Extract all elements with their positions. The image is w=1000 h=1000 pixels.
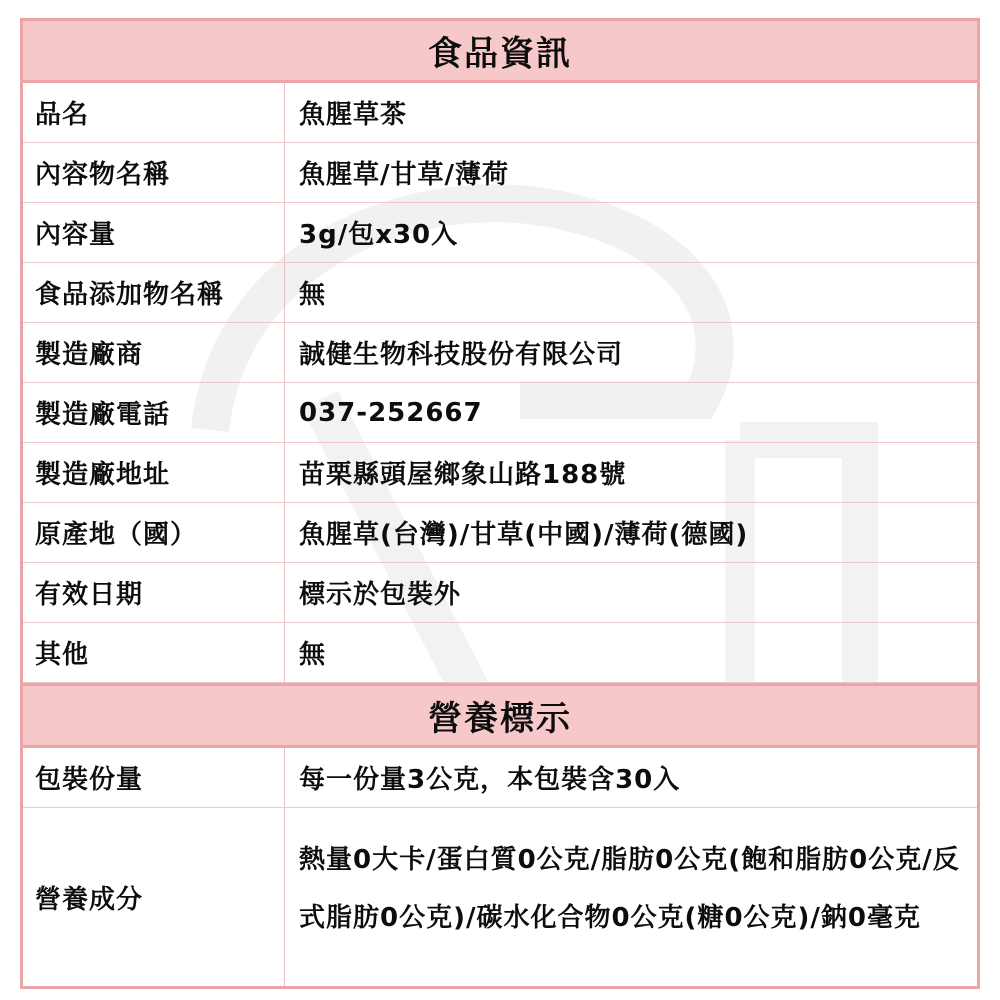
table-row: 品名 魚腥草茶: [23, 83, 977, 143]
row-value: 3g/包x30入: [285, 203, 977, 262]
table-row: 其他 無: [23, 623, 977, 683]
row-label: 內容量: [23, 203, 285, 262]
row-value: 037-252667: [285, 383, 977, 442]
row-value: 標示於包裝外: [285, 563, 977, 622]
row-label: 製造廠商: [23, 323, 285, 382]
nutrition-title: 營養標示: [23, 683, 977, 748]
row-value: 魚腥草(台灣)/甘草(中國)/薄荷(德國): [285, 503, 977, 562]
table-row: 製造廠商 誠健生物科技股份有限公司: [23, 323, 977, 383]
table-row: 包裝份量 每一份量3公克，本包裝含30入: [23, 748, 977, 808]
row-value: 魚腥草茶: [285, 83, 977, 142]
row-label: 內容物名稱: [23, 143, 285, 202]
row-label: 製造廠電話: [23, 383, 285, 442]
table-row: 原產地（國） 魚腥草(台灣)/甘草(中國)/薄荷(德國): [23, 503, 977, 563]
table-row: 營養成分 熱量0大卡/蛋白質0公克/脂肪0公克(飽和脂肪0公克/反式脂肪0公克)…: [23, 808, 977, 986]
row-value: 誠健生物科技股份有限公司: [285, 323, 977, 382]
row-value: 魚腥草/甘草/薄荷: [285, 143, 977, 202]
row-label: 品名: [23, 83, 285, 142]
table-row: 製造廠電話 037-252667: [23, 383, 977, 443]
row-value: 苗栗縣頭屋鄉象山路188號: [285, 443, 977, 502]
row-label: 有效日期: [23, 563, 285, 622]
row-label: 製造廠地址: [23, 443, 285, 502]
food-info-title: 食品資訊: [23, 21, 977, 83]
table-row: 內容物名稱 魚腥草/甘草/薄荷: [23, 143, 977, 203]
table-row: 食品添加物名稱 無: [23, 263, 977, 323]
row-label: 食品添加物名稱: [23, 263, 285, 322]
row-label: 營養成分: [23, 808, 285, 986]
row-value: 無: [285, 623, 977, 682]
food-info-table: 食品資訊 品名 魚腥草茶 內容物名稱 魚腥草/甘草/薄荷 內容量 3g/包x30…: [20, 18, 980, 989]
row-value: 每一份量3公克，本包裝含30入: [285, 748, 977, 807]
table-row: 製造廠地址 苗栗縣頭屋鄉象山路188號: [23, 443, 977, 503]
row-label: 其他: [23, 623, 285, 682]
row-label: 原產地（國）: [23, 503, 285, 562]
table-row: 有效日期 標示於包裝外: [23, 563, 977, 623]
table-row: 內容量 3g/包x30入: [23, 203, 977, 263]
row-value: 無: [285, 263, 977, 322]
row-value: 熱量0大卡/蛋白質0公克/脂肪0公克(飽和脂肪0公克/反式脂肪0公克)/碳水化合…: [285, 808, 977, 986]
row-label: 包裝份量: [23, 748, 285, 807]
